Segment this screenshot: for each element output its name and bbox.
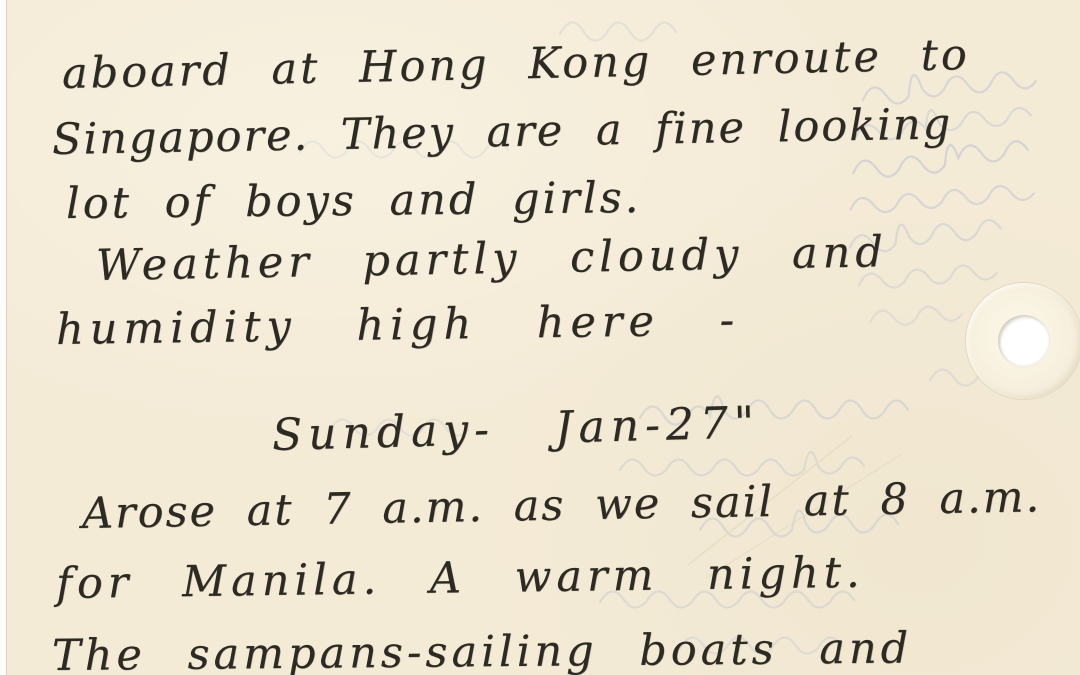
diary-page-paper: aboard at Hong Kong enroute to Singapore… (0, 0, 1080, 675)
handwriting-line: The sampans-sailing boats and (52, 623, 913, 675)
page-scan-edge (0, 0, 7, 675)
handwriting-line: Arose at 7 a.m. as we sail at 8 a.m. (82, 472, 1042, 539)
handwriting-line: humidity high here - (56, 295, 741, 355)
handwriting-line: for Manila. A warm night. (56, 548, 865, 609)
handwriting-line: Weather partly cloudy and (96, 227, 889, 291)
entry-date-heading: Sunday- Jan-27" (271, 397, 760, 461)
diary-text: aboard at Hong Kong enroute to Singapore… (0, 0, 1080, 675)
handwriting-line: lot of boys and girls. (66, 173, 642, 229)
handwriting-line: aboard at Hong Kong enroute to (61, 30, 970, 99)
handwriting-line: Singapore. They are a fine looking (52, 99, 953, 165)
